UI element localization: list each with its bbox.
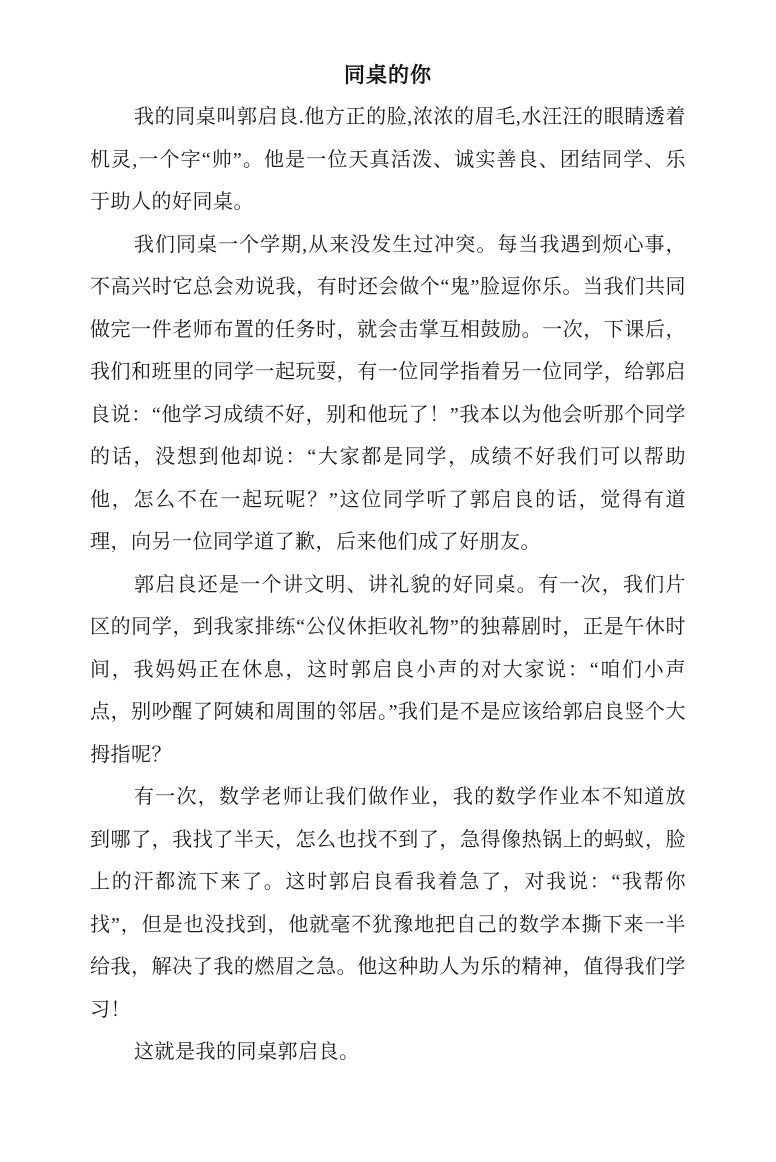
essay-paragraph: 郭启良还是一个讲文明、讲礼貌的好同桌。有一次，我们片区的同学，到我家排练“公仪休…: [90, 564, 686, 777]
essay-paragraph: 我们同桌一个学期,从来没发生过冲突。每当我遇到烦心事，不高兴时它总会劝说我，有时…: [90, 224, 686, 564]
essay-paragraph: 有一次，数学老师让我们做作业，我的数学作业本不知道放到哪了，我找了半天，怎么也找…: [90, 776, 686, 1031]
essay-body: 我的同桌叫郭启良.他方正的脸,浓浓的眉毛,水汪汪的眼睛透着机灵,一个字“帅”。他…: [90, 96, 686, 1074]
essay-paragraph: 这就是我的同桌郭启良。: [90, 1031, 686, 1074]
essay-paragraph: 我的同桌叫郭启良.他方正的脸,浓浓的眉毛,水汪汪的眼睛透着机灵,一个字“帅”。他…: [90, 96, 686, 224]
essay-title: 同桌的你: [90, 54, 686, 96]
document-page: 同桌的你 我的同桌叫郭启良.他方正的脸,浓浓的眉毛,水汪汪的眼睛透着机灵,一个字…: [0, 0, 776, 1162]
